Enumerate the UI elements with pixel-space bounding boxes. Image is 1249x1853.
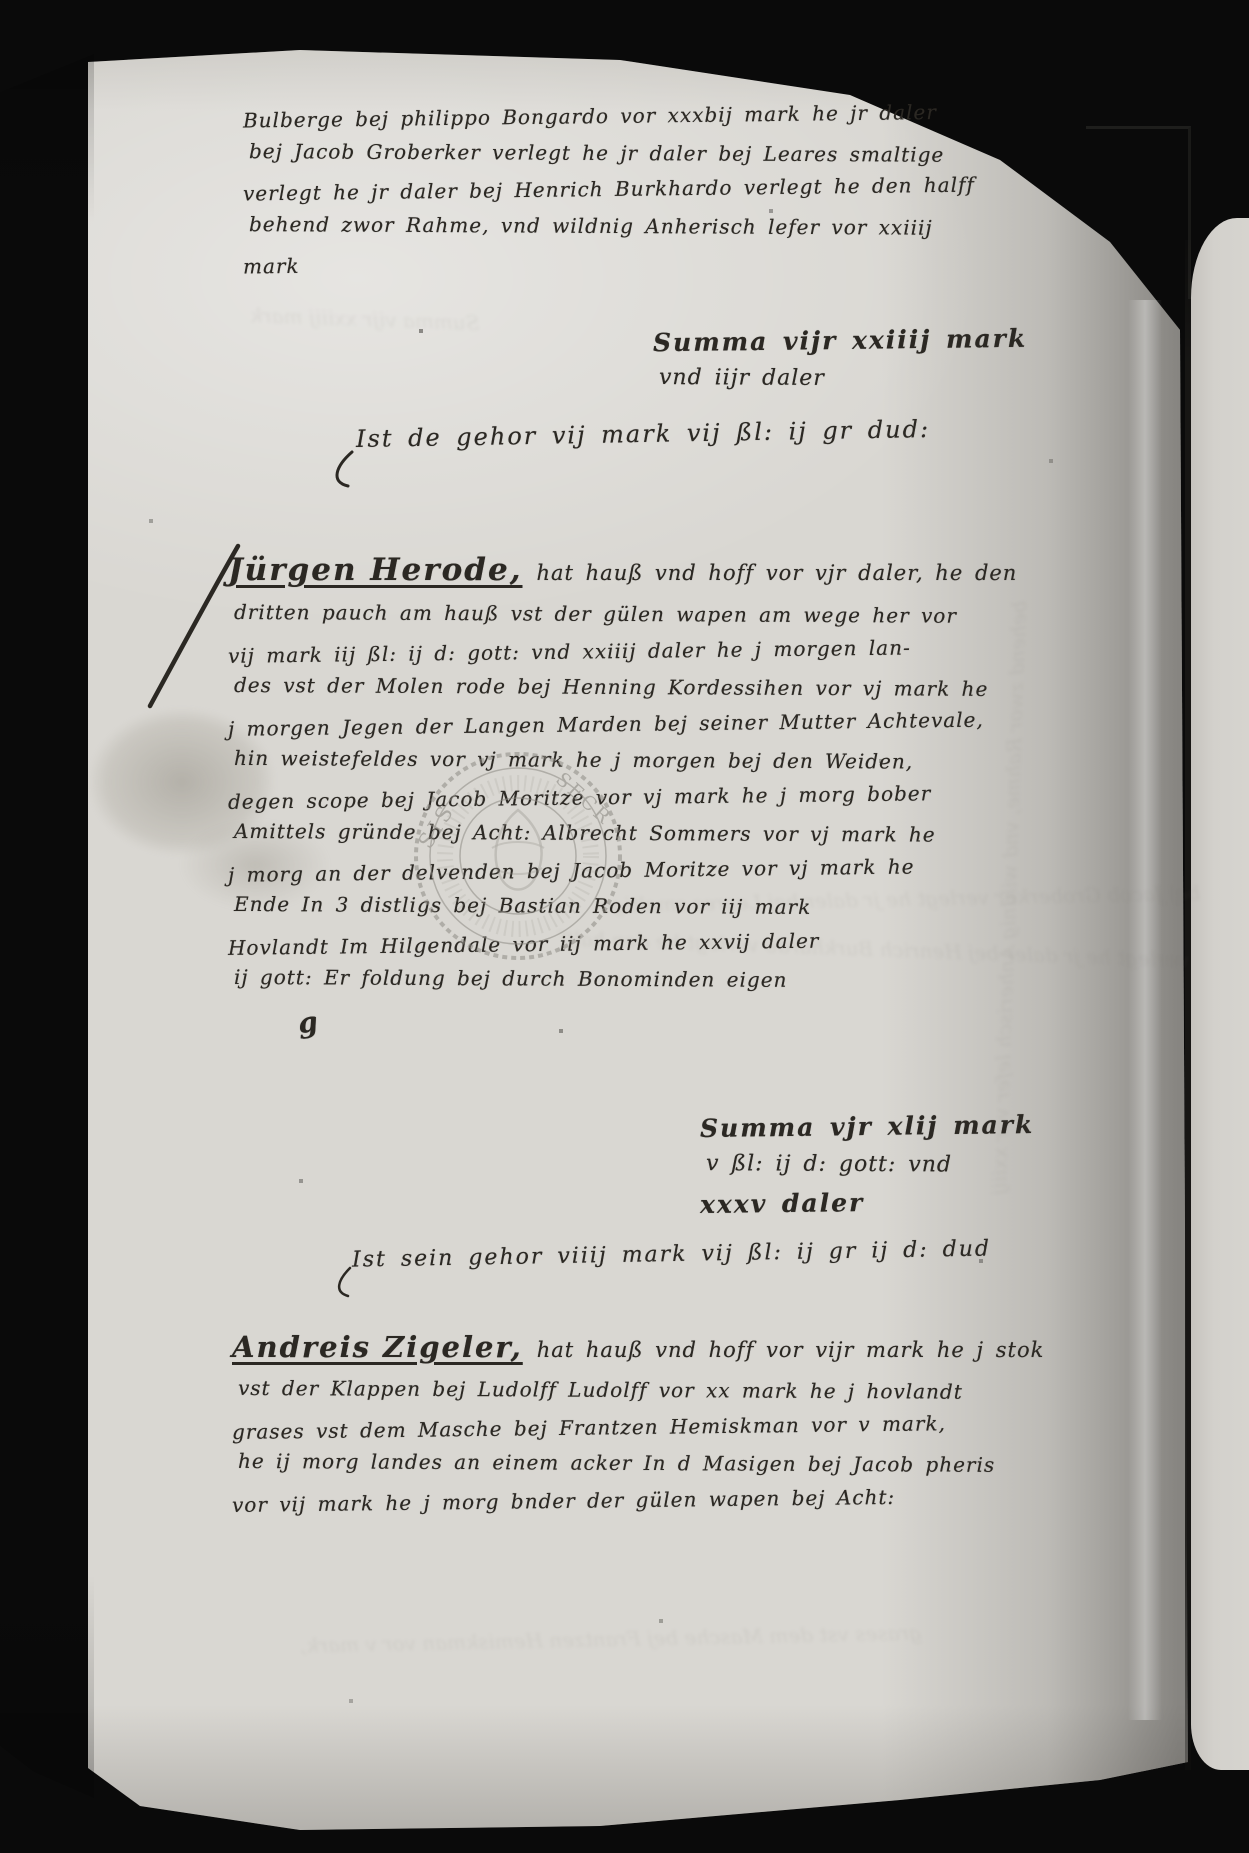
- manuscript-line: vst der Klappen bej Ludolff Ludolff vor …: [238, 1370, 1044, 1411]
- archive-stamp: SIS SECR: [406, 744, 630, 968]
- page-curl-highlight: [1128, 300, 1162, 1720]
- manuscript-line: he ij morg landes an einem acker In d Ma…: [238, 1443, 1044, 1484]
- summa-line: v ßl: ij d: gott: vnd: [706, 1145, 1034, 1185]
- dust-specks: [0, 0, 2, 2]
- entry-name: Andreis Zigeler,: [232, 1330, 523, 1364]
- stamp-eagle-wings: [492, 842, 544, 874]
- entry-heading-line: Jürgen Herode,hat hauß vnd hoff vor vjr …: [228, 552, 1017, 588]
- manuscript-line: verlegt he jr daler bej Henrich Burkhard…: [243, 167, 975, 212]
- manuscript-line: des vst der Molen rode bej Henning Korde…: [234, 667, 1018, 708]
- frame-corner-mark: [1086, 126, 1191, 299]
- manuscript-line: bej Jacob Groberker verlegt he jr daler …: [249, 133, 975, 173]
- manuscript-line: Bulberge bej philippo Bongardo vor xxxbi…: [243, 94, 975, 139]
- summa-line: xxxv daler: [700, 1182, 1035, 1224]
- manuscript-line: mark: [243, 240, 975, 285]
- fore-edge-shadow: [0, 0, 94, 1853]
- facing-page-edge: [1191, 218, 1249, 1770]
- entry-heading-rest: hat hauß vnd hoff vor vijr mark he j sto…: [537, 1338, 1045, 1362]
- entry-heading-line: Andreis Zigeler,hat hauß vnd hoff vor vi…: [232, 1330, 1044, 1364]
- summa-line: Summa vijr xxiiij mark: [653, 320, 1028, 363]
- summa-line: vnd iijr daler: [659, 359, 1027, 399]
- entry-heading-rest: hat hauß vnd hoff vor vjr daler, he den: [536, 561, 1017, 585]
- manuscript-line: vor vij mark he j morg bnder der gülen w…: [232, 1477, 1045, 1523]
- manuscript-line: behend zwor Rahme, vnd wildnig Anherisch…: [249, 206, 975, 246]
- summa-block-1: Summa vijr xxiiij mark vnd iijr daler: [653, 322, 1027, 398]
- entry-paragraph-top: Bulberge bej philippo Bongardo vor xxxbi…: [243, 98, 975, 281]
- entry-paragraph-andreis: Andreis Zigeler,hat hauß vnd hoff vor vi…: [232, 1330, 1044, 1518]
- manuscript-photo: bej Jacob Groberker verlegt he jr daler …: [0, 0, 1249, 1853]
- manuscript-line: dritten pauch am hauß vst der gülen wape…: [234, 594, 1018, 635]
- stamp-center-ring: [460, 798, 576, 914]
- stamp-hatch-ring: [445, 783, 591, 929]
- stamp-eagle-emblem: [496, 810, 542, 890]
- summa-block-2: Summa vjr xlij mark v ßl: ij d: gott: vn…: [700, 1108, 1034, 1222]
- margin-mark: g: [296, 1005, 320, 1040]
- summa-line: Summa vjr xlij mark: [700, 1106, 1035, 1148]
- entry-name: Jürgen Herode,: [228, 552, 522, 588]
